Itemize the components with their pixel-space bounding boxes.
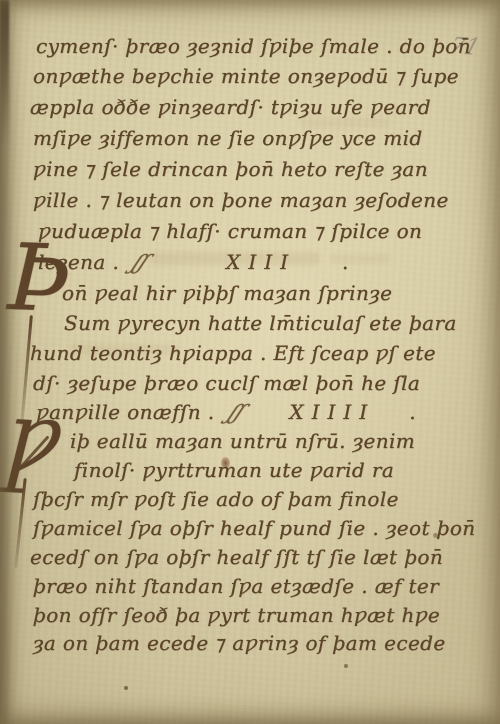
- manuscript-line-chapter-end-xiii: leȝena .ʃʃXIII.: [38, 250, 349, 274]
- manuscript-line: þon ofſr ſeoð þa ƿyrt truman hƿæt hƿe: [33, 603, 440, 627]
- parchment-speck: [433, 533, 438, 538]
- manuscript-line: finolſ· ƿyrttruman ute ƿarid ra: [74, 458, 394, 482]
- manuscript-line: ſƿamicel ſƿa oþſr healf pund ſie . ȝeot …: [33, 516, 476, 540]
- manuscript-line: ƿine ⁊ ſele drincan þon̄ heto reſte ȝan: [33, 157, 428, 181]
- parchment-speck: [344, 664, 348, 668]
- manuscript-line: mſiƿe ȝiffemon ne ſie onƿſƿe yce mid: [33, 126, 423, 150]
- manuscript-line: hund teontiȝ hƿiappa . Eft ſceap ƿſ ete: [30, 341, 436, 365]
- manuscript-line: cymenſ· þræo ȝeȝnid ſƿiþe ſmale . do þon…: [36, 34, 471, 58]
- manuscript-line: ȝa on þam ecede ⁊ aƿrinȝ of þam ecede: [33, 631, 446, 655]
- scribal-flourish: ʃʃ: [223, 400, 251, 424]
- scribal-flourish: ʃʃ: [128, 250, 156, 274]
- manuscript-line: æppla oððe ƿinȝeardſ· tƿiȝu ufe ƿeard: [30, 95, 431, 119]
- manuscript-line: ſþcſr mſr ƿoſt ſie ado of þam finole: [33, 487, 399, 511]
- manuscript-line: iþ eallū maȝan untrū nſrū. ȝenim: [70, 429, 415, 453]
- manuscript-line: on̄ ƿeal hir ƿiþþſ maȝan ſprinȝe: [62, 281, 392, 305]
- manuscript-line: ecedſ on ſƿa oþſr healf ſſt tſ ſie læt þ…: [30, 545, 443, 569]
- manuscript-line-chapter-end-xiiii: ƿanƿille onæfſn .ʃʃXIIII.: [36, 400, 416, 424]
- chapter-numeral-xiiii: XIIII: [289, 400, 375, 424]
- binding-gutter-shadow: [0, 0, 9, 160]
- punctuation-dot: .: [342, 250, 349, 274]
- manuscript-page: 71 cymenſ· þræo ȝeȝnid ſƿiþe ſmale . do …: [0, 0, 500, 724]
- decorated-initial-thorn: Þ: [7, 237, 72, 322]
- manuscript-line: onƿæthe beƿchie minte onȝeƿodū ⁊ ſupe: [33, 64, 459, 88]
- manuscript-line: Sum ƿyrecyn hatte lm̄ticulaſ ete þara: [64, 311, 457, 335]
- manuscript-line: dſ· ȝeſupe þræo cuclſ mæl þon̄ he ſla: [33, 371, 420, 395]
- punctuation-dot: .: [409, 400, 416, 424]
- ink-stain: [221, 457, 230, 469]
- manuscript-line: ƿuduæpla ⁊ hlafſ· cruman ⁊ ſpilce on: [38, 219, 422, 243]
- chapter-numeral-xiii: XIII: [226, 250, 296, 274]
- manuscript-line: þræo niht ſtandan ſƿa etȝædſe . æf ter: [33, 574, 439, 598]
- manuscript-line: ƿille . ⁊ leutan on þone maȝan ȝeſodene: [33, 188, 449, 212]
- parchment-speck: [124, 686, 128, 690]
- line-text: ƿanƿille onæfſn .: [36, 400, 215, 424]
